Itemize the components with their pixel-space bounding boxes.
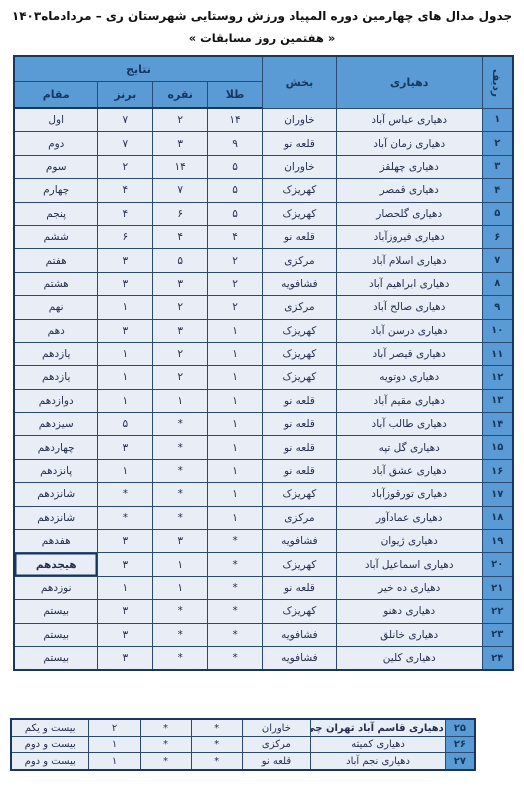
place-cell: هفدهم xyxy=(14,530,98,553)
column-header-results: نتایج xyxy=(14,56,263,82)
district-cell: مرکزی xyxy=(263,249,337,272)
district-cell: کهریزک xyxy=(263,483,337,506)
place-cell: نهم xyxy=(14,296,98,319)
silver-cell: * xyxy=(153,623,208,646)
rank-cell: ۱۱ xyxy=(482,342,513,365)
rank-cell: ۲۳ xyxy=(482,623,513,646)
gold-cell: ۱ xyxy=(208,459,263,482)
gold-cell: ۲ xyxy=(208,272,263,295)
gold-cell: * xyxy=(191,753,242,770)
village-cell: دهیاری گل تپه xyxy=(336,436,482,459)
silver-cell: ۳ xyxy=(153,530,208,553)
bronze-cell: ۳ xyxy=(98,646,153,670)
place-cell: هیجدهم xyxy=(14,553,98,576)
gold-cell: ۱ xyxy=(208,366,263,389)
medals-table: ردیف دهیاری بخش نتایج طلا نقره برنز مقام… xyxy=(13,55,514,671)
rank-cell: ۲۷ xyxy=(445,753,475,770)
rank-cell: ۱۰ xyxy=(482,319,513,342)
rank-cell: ۲۶ xyxy=(445,736,475,753)
rank-cell: ۸ xyxy=(482,272,513,295)
district-cell: کهریزک xyxy=(263,319,337,342)
table-row: ۲۲دهیاری دهنوکهریزک**۳بیستم xyxy=(14,600,513,623)
bronze-cell: ۱ xyxy=(98,576,153,599)
village-cell: دهیاری مقیم آباد xyxy=(336,389,482,412)
place-cell: بیستم xyxy=(14,600,98,623)
bronze-cell: * xyxy=(98,506,153,529)
table-row: ۱۶دهیاری عشق آبادقلعه نو۱*۱پانزدهم xyxy=(14,459,513,482)
column-header-rank: ردیف xyxy=(482,56,513,108)
table-row: ۵دهیاری گلحصارکهریزک۵۶۴پنجم xyxy=(14,202,513,225)
silver-cell: * xyxy=(140,719,191,736)
place-cell: بیست و دوم xyxy=(11,753,89,770)
table-row: ۸دهیاری ابراهیم آبادفشافویه۲۳۳هشتم xyxy=(14,272,513,295)
gold-cell: ۴ xyxy=(208,225,263,248)
rank-cell: ۲۰ xyxy=(482,553,513,576)
gold-cell: * xyxy=(208,576,263,599)
rank-cell: ۲۲ xyxy=(482,600,513,623)
table-row: ۲۳دهیاری خانلقفشافویه**۳بیستم xyxy=(14,623,513,646)
bronze-cell: ۱ xyxy=(98,389,153,412)
place-cell: پانزدهم xyxy=(14,459,98,482)
silver-cell: ۴ xyxy=(153,225,208,248)
village-cell: دهیاری چهلقز xyxy=(336,155,482,178)
bronze-cell: ۱ xyxy=(89,736,140,753)
gold-cell: ۱ xyxy=(208,413,263,436)
column-header-bronze: برنز xyxy=(98,82,153,109)
medals-table-continued: ۲۵دهیاری قاسم آباد تهران چیخاوران**۲بیست… xyxy=(10,718,476,771)
village-cell: دهیاری ژیوان xyxy=(336,530,482,553)
column-header-silver: نقره xyxy=(153,82,208,109)
table-row: ۲۴دهیاری کلینفشافویه**۳بیستم xyxy=(14,646,513,670)
district-cell: قلعه نو xyxy=(242,753,311,770)
district-cell: قلعه نو xyxy=(263,389,337,412)
table-row: ۱۷دهیاری تورقوزآبادکهریزک۱**شانزدهم xyxy=(14,483,513,506)
gold-cell: ۱ xyxy=(208,342,263,365)
bronze-cell: ۱ xyxy=(98,366,153,389)
bronze-cell: ۳ xyxy=(98,553,153,576)
table-row: ۱۰دهیاری درسن آبادکهریزک۱۳۳دهم xyxy=(14,319,513,342)
place-cell: چهارم xyxy=(14,179,98,202)
table-row: ۲۵دهیاری قاسم آباد تهران چیخاوران**۲بیست… xyxy=(11,719,475,736)
village-cell: دهیاری زمان آباد xyxy=(336,132,482,155)
village-cell: دهیاری دوتویه xyxy=(336,366,482,389)
village-cell: دهیاری فیروزآباد xyxy=(336,225,482,248)
place-cell: اول xyxy=(14,108,98,132)
village-cell: دهیاری قیصر آباد xyxy=(336,342,482,365)
gold-cell: * xyxy=(208,530,263,553)
document-header: جدول مدال های چهارمین دوره المپیاد ورزش … xyxy=(0,0,524,45)
table-row: ۶دهیاری فیروزآبادقلعه نو۴۴۶ششم xyxy=(14,225,513,248)
rank-cell: ۱۹ xyxy=(482,530,513,553)
silver-cell: ۵ xyxy=(153,249,208,272)
village-cell: دهیاری درسن آباد xyxy=(336,319,482,342)
rank-cell: ۹ xyxy=(482,296,513,319)
gold-cell: ۹ xyxy=(208,132,263,155)
rank-cell: ۷ xyxy=(482,249,513,272)
district-cell: کهریزک xyxy=(263,600,337,623)
village-cell: دهیاری اسلام آباد xyxy=(336,249,482,272)
rank-cell: ۲۴ xyxy=(482,646,513,670)
village-cell: دهیاری صالح آباد xyxy=(336,296,482,319)
page-subtitle: « هفتمین روز مسابقات » xyxy=(0,31,524,45)
table-row: ۲۶دهیاری کمیتهمرکزی**۱بیست و دوم xyxy=(11,736,475,753)
district-cell: مرکزی xyxy=(263,506,337,529)
silver-cell: ۱ xyxy=(153,576,208,599)
place-cell: هشتم xyxy=(14,272,98,295)
village-cell: دهیاری دهنو xyxy=(336,600,482,623)
district-cell: قلعه نو xyxy=(263,132,337,155)
silver-cell: ۳ xyxy=(153,272,208,295)
bronze-cell: ۴ xyxy=(98,179,153,202)
place-cell: یازدهم xyxy=(14,342,98,365)
column-header-village: دهیاری xyxy=(336,56,482,108)
village-cell: دهیاری اسماعیل آباد xyxy=(336,553,482,576)
village-cell: دهیاری تورقوزآباد xyxy=(336,483,482,506)
village-cell: دهیاری عمادآور xyxy=(336,506,482,529)
silver-cell: ۳ xyxy=(153,319,208,342)
gold-cell: ۵ xyxy=(208,155,263,178)
rank-cell: ۲۵ xyxy=(445,719,475,736)
rank-cell: ۴ xyxy=(482,179,513,202)
place-cell: بیست و دوم xyxy=(11,736,89,753)
village-cell: دهیاری کلین xyxy=(336,646,482,670)
place-cell: بیستم xyxy=(14,623,98,646)
rank-cell: ۶ xyxy=(482,225,513,248)
silver-cell: ۳ xyxy=(153,132,208,155)
bronze-cell: ۳ xyxy=(98,436,153,459)
district-cell: کهریزک xyxy=(263,366,337,389)
silver-cell: * xyxy=(153,413,208,436)
place-cell: دوازدهم xyxy=(14,389,98,412)
silver-cell: ۱۴ xyxy=(153,155,208,178)
rank-header-label: ردیف xyxy=(490,69,502,97)
village-cell: دهیاری کمیته xyxy=(311,736,446,753)
village-cell: دهیاری ده خیر xyxy=(336,576,482,599)
district-cell: مرکزی xyxy=(242,736,311,753)
place-cell: سوم xyxy=(14,155,98,178)
bronze-cell: ۳ xyxy=(98,272,153,295)
gold-cell: ۵ xyxy=(208,202,263,225)
district-cell: مرکزی xyxy=(263,296,337,319)
table-row: ۲۰دهیاری اسماعیل آبادکهریزک*۱۳هیجدهم xyxy=(14,553,513,576)
district-cell: فشافویه xyxy=(263,272,337,295)
place-cell: ششم xyxy=(14,225,98,248)
gold-cell: * xyxy=(208,646,263,670)
district-cell: قلعه نو xyxy=(263,436,337,459)
district-cell: خاوران xyxy=(263,108,337,132)
place-cell: دهم xyxy=(14,319,98,342)
district-cell: قلعه نو xyxy=(263,576,337,599)
silver-cell: * xyxy=(140,753,191,770)
place-cell: چهاردهم xyxy=(14,436,98,459)
table-row: ۱۴دهیاری طالب آبادقلعه نو۱*۵سیزدهم xyxy=(14,413,513,436)
gold-cell: * xyxy=(208,600,263,623)
village-cell: دهیاری طالب آباد xyxy=(336,413,482,436)
table-row: ۱۵دهیاری گل تپهقلعه نو۱*۳چهاردهم xyxy=(14,436,513,459)
silver-cell: * xyxy=(153,483,208,506)
bronze-cell: ۶ xyxy=(98,225,153,248)
silver-cell: * xyxy=(140,736,191,753)
gold-cell: ۲ xyxy=(208,249,263,272)
village-cell: دهیاری قاسم آباد تهران چی xyxy=(311,719,446,736)
rank-cell: ۵ xyxy=(482,202,513,225)
rank-cell: ۱۶ xyxy=(482,459,513,482)
village-cell: دهیاری نجم آباد xyxy=(311,753,446,770)
table-row: ۱۲دهیاری دوتویهکهریزک۱۲۱یازدهم xyxy=(14,366,513,389)
bronze-cell: ۱ xyxy=(98,296,153,319)
place-cell: بیستم xyxy=(14,646,98,670)
district-cell: قلعه نو xyxy=(263,459,337,482)
table-row: ۳دهیاری چهلقزخاوران۵۱۴۲سوم xyxy=(14,155,513,178)
bronze-cell: ۳ xyxy=(98,319,153,342)
bronze-cell: ۳ xyxy=(98,249,153,272)
table-row: ۱۸دهیاری عمادآورمرکزی۱**شانزدهم xyxy=(14,506,513,529)
district-cell: کهریزک xyxy=(263,179,337,202)
table-row: ۲۷دهیاری نجم آبادقلعه نو**۱بیست و دوم xyxy=(11,753,475,770)
bronze-cell: ۲ xyxy=(98,155,153,178)
gold-cell: ۱ xyxy=(208,319,263,342)
village-cell: دهیاری قمصر xyxy=(336,179,482,202)
silver-cell: ۲ xyxy=(153,366,208,389)
district-cell: کهریزک xyxy=(263,202,337,225)
place-cell: هفتم xyxy=(14,249,98,272)
place-cell: سیزدهم xyxy=(14,413,98,436)
silver-cell: ۲ xyxy=(153,342,208,365)
silver-cell: * xyxy=(153,436,208,459)
bronze-cell: ۲ xyxy=(89,719,140,736)
bronze-cell: ۳ xyxy=(98,623,153,646)
gold-cell: * xyxy=(191,719,242,736)
village-cell: دهیاری عشق آباد xyxy=(336,459,482,482)
district-cell: خاوران xyxy=(242,719,311,736)
bronze-cell: ۱ xyxy=(98,342,153,365)
place-cell: شانزدهم xyxy=(14,506,98,529)
table-row: ۷دهیاری اسلام آبادمرکزی۲۵۳هفتم xyxy=(14,249,513,272)
bronze-cell: ۱ xyxy=(98,459,153,482)
silver-cell: ۱ xyxy=(153,389,208,412)
bronze-cell: ۴ xyxy=(98,202,153,225)
bronze-cell: ۵ xyxy=(98,413,153,436)
place-cell: پنجم xyxy=(14,202,98,225)
table-row: ۴دهیاری قمصرکهریزک۵۷۴چهارم xyxy=(14,179,513,202)
column-header-gold: طلا xyxy=(208,82,263,109)
district-cell: قلعه نو xyxy=(263,225,337,248)
district-cell: کهریزک xyxy=(263,553,337,576)
table-row: ۱۱دهیاری قیصر آبادکهریزک۱۲۱یازدهم xyxy=(14,342,513,365)
column-header-district: بخش xyxy=(263,56,337,108)
gold-cell: ۲ xyxy=(208,296,263,319)
rank-cell: ۱۷ xyxy=(482,483,513,506)
village-cell: دهیاری ابراهیم آباد xyxy=(336,272,482,295)
table-row: ۱۹دهیاری ژیوانفشافویه*۳۳هفدهم xyxy=(14,530,513,553)
gold-cell: ۱ xyxy=(208,436,263,459)
place-cell: دوم xyxy=(14,132,98,155)
rank-cell: ۱۲ xyxy=(482,366,513,389)
rank-cell: ۱۵ xyxy=(482,436,513,459)
rank-cell: ۱۸ xyxy=(482,506,513,529)
silver-cell: * xyxy=(153,600,208,623)
gold-cell: ۱ xyxy=(208,506,263,529)
district-cell: فشافویه xyxy=(263,530,337,553)
village-cell: دهیاری خانلق xyxy=(336,623,482,646)
district-cell: قلعه نو xyxy=(263,413,337,436)
village-cell: دهیاری گلحصار xyxy=(336,202,482,225)
silver-cell: ۲ xyxy=(153,108,208,132)
page-title: جدول مدال های چهارمین دوره المپیاد ورزش … xyxy=(0,7,524,25)
table-row: ۲دهیاری زمان آبادقلعه نو۹۳۷دوم xyxy=(14,132,513,155)
gold-cell: ۱ xyxy=(208,483,263,506)
bronze-cell: ۷ xyxy=(98,132,153,155)
rank-cell: ۳ xyxy=(482,155,513,178)
rank-cell: ۲۱ xyxy=(482,576,513,599)
bronze-cell: ۱ xyxy=(89,753,140,770)
village-cell: دهیاری عباس آباد xyxy=(336,108,482,132)
place-cell: نوزدهم xyxy=(14,576,98,599)
bronze-cell: * xyxy=(98,483,153,506)
silver-cell: * xyxy=(153,506,208,529)
gold-cell: ۵ xyxy=(208,179,263,202)
silver-cell: ۶ xyxy=(153,202,208,225)
rank-cell: ۲ xyxy=(482,132,513,155)
table-row: ۱دهیاری عباس آبادخاوران۱۴۲۷اول xyxy=(14,108,513,132)
silver-cell: * xyxy=(153,646,208,670)
place-cell: شانزدهم xyxy=(14,483,98,506)
rank-cell: ۱ xyxy=(482,108,513,132)
rank-cell: ۱۳ xyxy=(482,389,513,412)
place-cell: بیست و یکم xyxy=(11,719,89,736)
gold-cell: * xyxy=(208,623,263,646)
silver-cell: ۲ xyxy=(153,296,208,319)
silver-cell: ۱ xyxy=(153,553,208,576)
silver-cell: ۷ xyxy=(153,179,208,202)
district-cell: فشافویه xyxy=(263,646,337,670)
place-cell: یازدهم xyxy=(14,366,98,389)
silver-cell: * xyxy=(153,459,208,482)
column-header-place: مقام xyxy=(14,82,98,109)
district-cell: فشافویه xyxy=(263,623,337,646)
gold-cell: ۱ xyxy=(208,389,263,412)
table-row: ۲۱دهیاری ده خیرقلعه نو*۱۱نوزدهم xyxy=(14,576,513,599)
table-row: ۹دهیاری صالح آبادمرکزی۲۲۱نهم xyxy=(14,296,513,319)
district-cell: خاوران xyxy=(263,155,337,178)
bronze-cell: ۳ xyxy=(98,600,153,623)
district-cell: کهریزک xyxy=(263,342,337,365)
bronze-cell: ۷ xyxy=(98,108,153,132)
gold-cell: * xyxy=(208,553,263,576)
gold-cell: ۱۴ xyxy=(208,108,263,132)
bronze-cell: ۳ xyxy=(98,530,153,553)
table-row: ۱۳دهیاری مقیم آبادقلعه نو۱۱۱دوازدهم xyxy=(14,389,513,412)
gold-cell: * xyxy=(191,736,242,753)
rank-cell: ۱۴ xyxy=(482,413,513,436)
